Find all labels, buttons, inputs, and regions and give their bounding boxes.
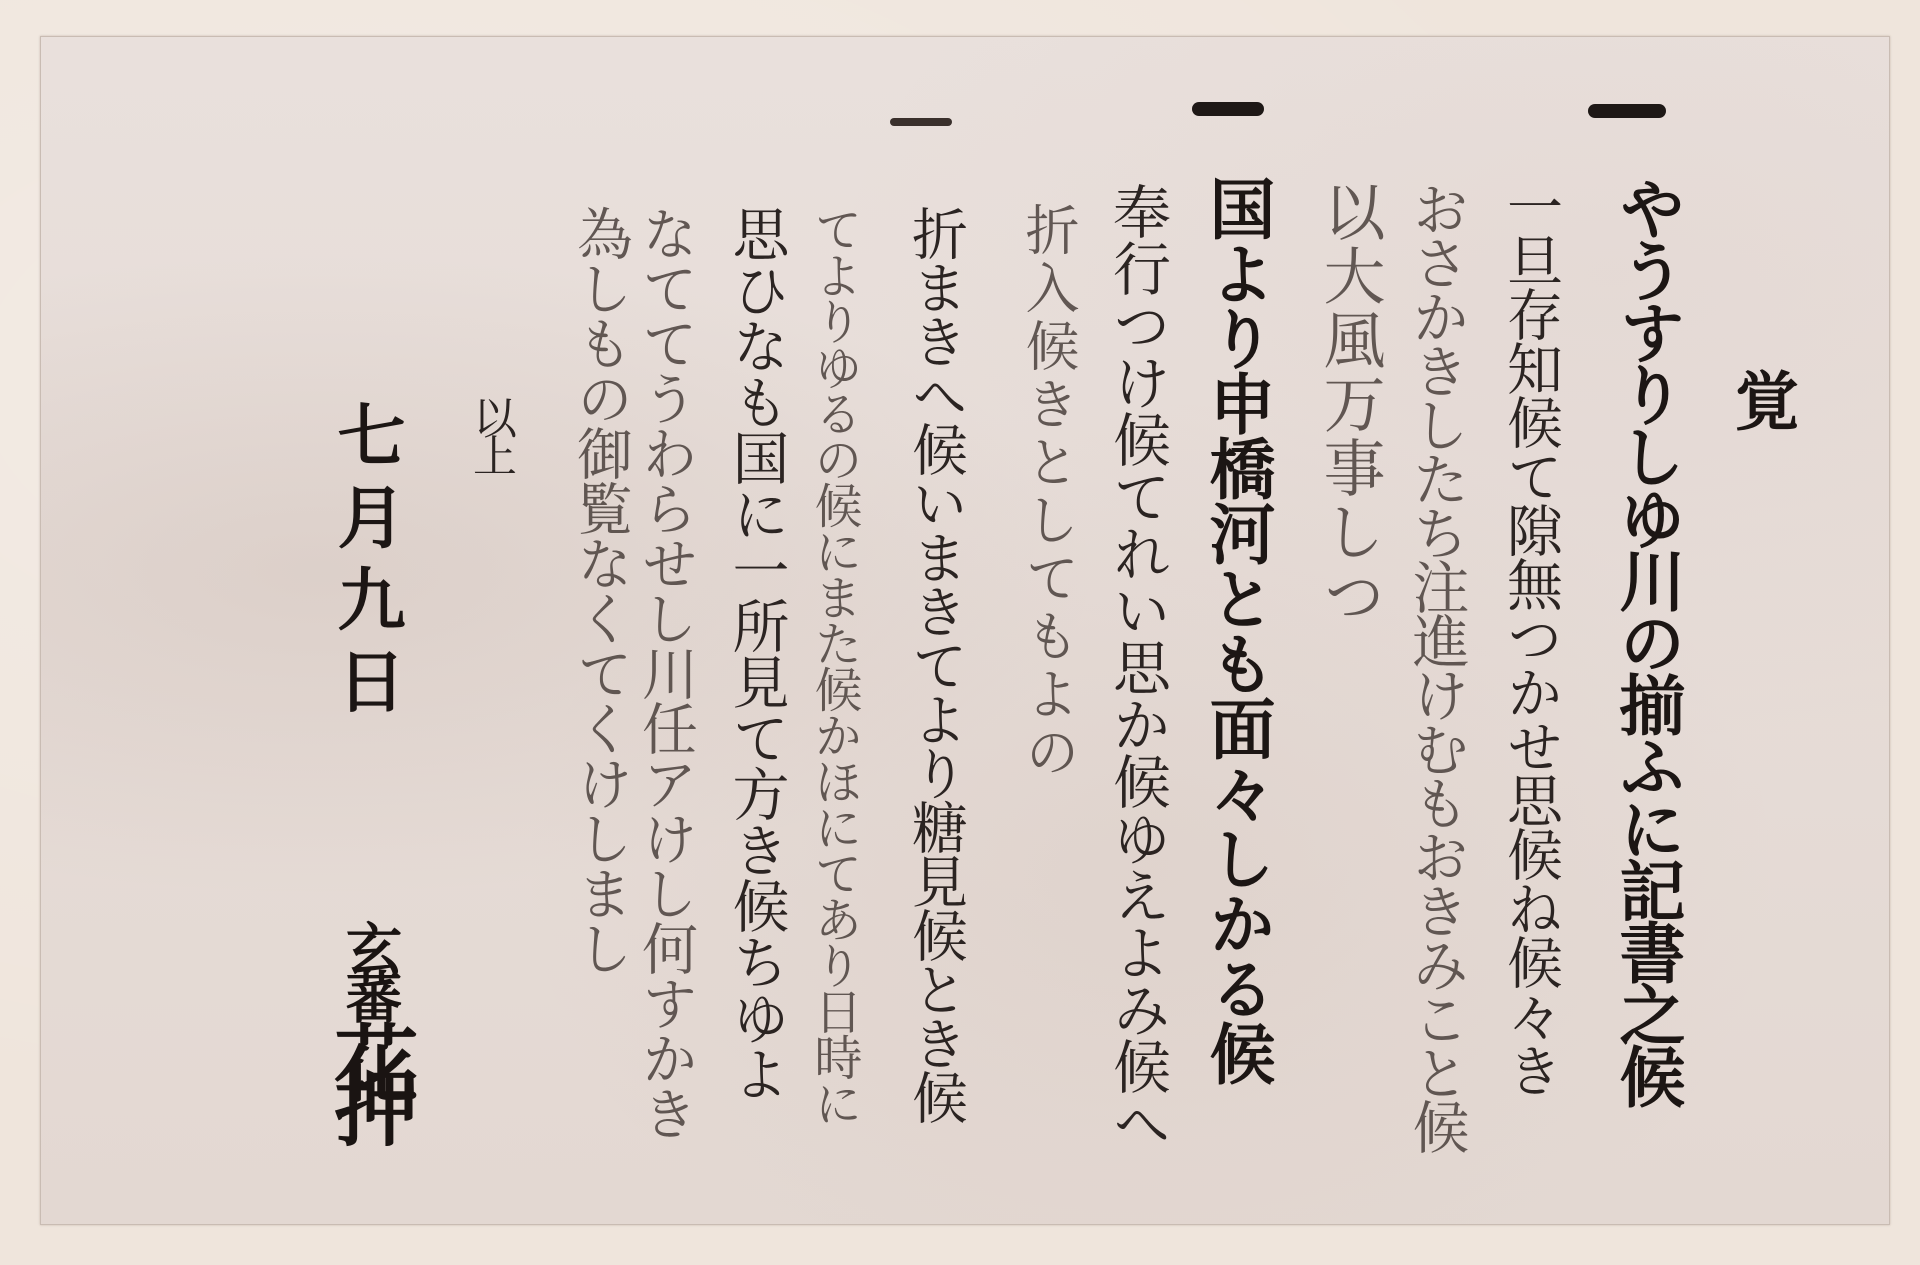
text-column-4: 以大風万事しつ — [1305, 180, 1394, 628]
text-column-3: おさかきしたち注進けむもおきみこと候 — [1395, 180, 1477, 1152]
text-column-6: 奉行つけ候てれい思か候ゆえよみ候へ — [1095, 182, 1179, 1151]
item-marker-3 — [890, 118, 952, 126]
text-column-7: 折入候きとしてもよの — [1010, 202, 1087, 782]
date: 七月九日 — [318, 400, 415, 728]
text-column-10: 思ひなも国に一所見て方き候ちゆよ — [715, 205, 797, 1101]
text-column-5: 国より申橋河とも面々しかる候 — [1190, 175, 1285, 1085]
item-marker-2 — [1192, 102, 1264, 116]
text-column-2: 一旦存知候て隙無つかせ思候ね候々き — [1490, 178, 1570, 1096]
closing-ijo: 以上 — [458, 395, 522, 471]
text-column-1: やうすりしゆ川の揃ふに記書之候 — [1600, 175, 1695, 1105]
signature-name: 玄蕃 — [330, 920, 410, 1016]
kao-seal-mark: 花押 — [310, 1020, 431, 1108]
document-title: 覚 — [1715, 368, 1807, 430]
item-marker-1 — [1588, 104, 1666, 118]
text-column-12: 為しもの御覧なくてくけしまし — [560, 205, 640, 975]
text-column-9: てよりゆるの候にまた候かほにてあり日時に — [800, 205, 869, 1125]
text-column-8: 折まきへ候いまきてより糖見候とき候 — [895, 205, 975, 1123]
